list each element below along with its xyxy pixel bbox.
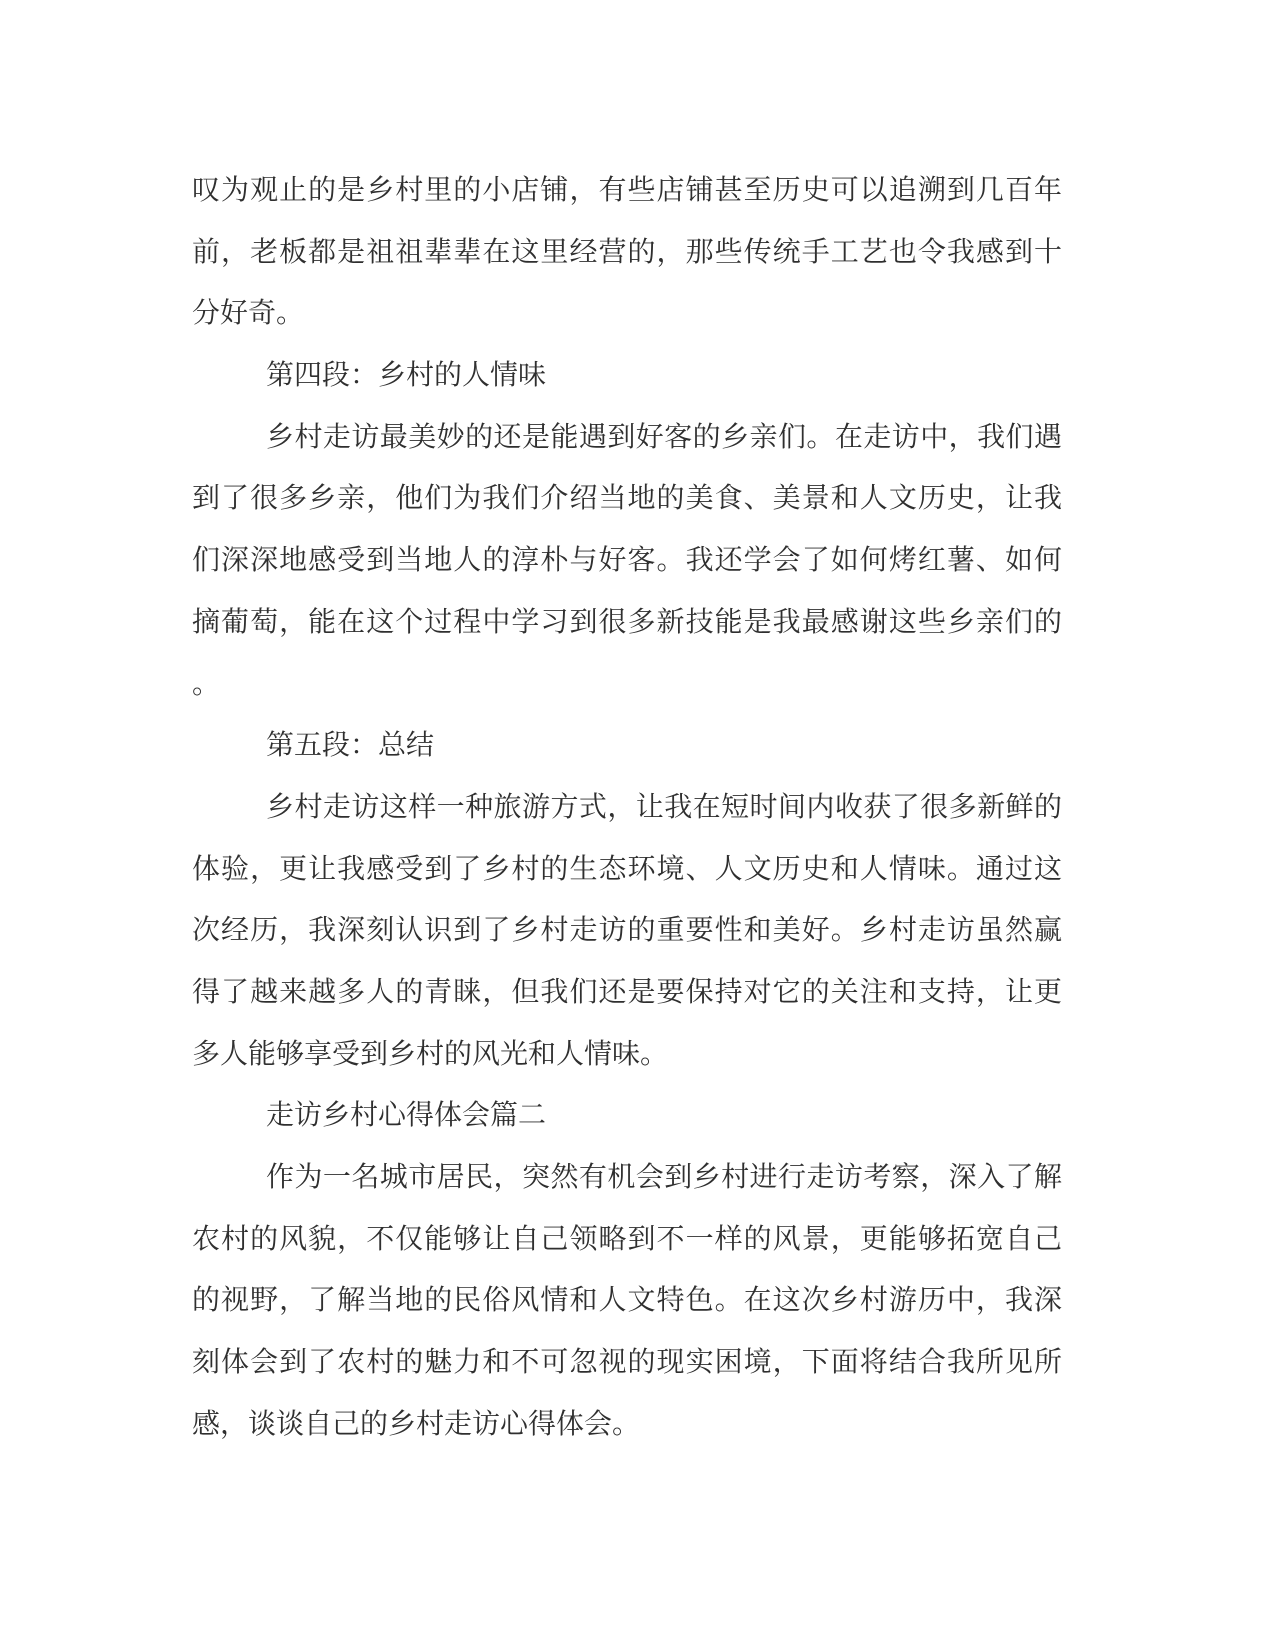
- text-line: 得了越来越多人的青睐，但我们还是要保持对它的关注和支持，让更: [192, 962, 1062, 1024]
- text-line: 乡村走访最美妙的还是能遇到好客的乡亲们。在走访中，我们遇: [192, 407, 1062, 469]
- text-line: 走访乡村心得体会篇二: [192, 1085, 1062, 1147]
- text-line: 感，谈谈自己的乡村走访心得体会。: [192, 1394, 1062, 1456]
- text-line: 第五段：总结: [192, 715, 1062, 777]
- text-line: 到了很多乡亲，他们为我们介绍当地的美食、美景和人文历史，让我: [192, 468, 1062, 530]
- text-line: 的视野，了解当地的民俗风情和人文特色。在这次乡村游历中，我深: [192, 1270, 1062, 1332]
- text-line: 第四段：乡村的人情味: [192, 345, 1062, 407]
- text-line: 体验，更让我感受到了乡村的生态环境、人文历史和人情味。通过这: [192, 839, 1062, 901]
- text-line: 作为一名城市居民，突然有机会到乡村进行走访考察，深入了解: [192, 1147, 1062, 1209]
- text-block: 叹为观止的是乡村里的小店铺，有些店铺甚至历史可以追溯到几百年前，老板都是祖祖辈辈…: [192, 160, 1062, 1455]
- document-page: 叹为观止的是乡村里的小店铺，有些店铺甚至历史可以追溯到几百年前，老板都是祖祖辈辈…: [0, 0, 1275, 1650]
- text-line: 叹为观止的是乡村里的小店铺，有些店铺甚至历史可以追溯到几百年: [192, 160, 1062, 222]
- text-line: 。: [192, 654, 1062, 716]
- text-line: 乡村走访这样一种旅游方式，让我在短时间内收获了很多新鲜的: [192, 777, 1062, 839]
- text-line: 们深深地感受到当地人的淳朴与好客。我还学会了如何烤红薯、如何: [192, 530, 1062, 592]
- text-line: 分好奇。: [192, 283, 1062, 345]
- text-line: 摘葡萄，能在这个过程中学习到很多新技能是我最感谢这些乡亲们的: [192, 592, 1062, 654]
- text-line: 次经历，我深刻认识到了乡村走访的重要性和美好。乡村走访虽然赢: [192, 900, 1062, 962]
- text-line: 多人能够享受到乡村的风光和人情味。: [192, 1024, 1062, 1086]
- text-line: 前，老板都是祖祖辈辈在这里经营的，那些传统手工艺也令我感到十: [192, 222, 1062, 284]
- text-line: 农村的风貌，不仅能够让自己领略到不一样的风景，更能够拓宽自己: [192, 1209, 1062, 1271]
- text-line: 刻体会到了农村的魅力和不可忽视的现实困境，下面将结合我所见所: [192, 1332, 1062, 1394]
